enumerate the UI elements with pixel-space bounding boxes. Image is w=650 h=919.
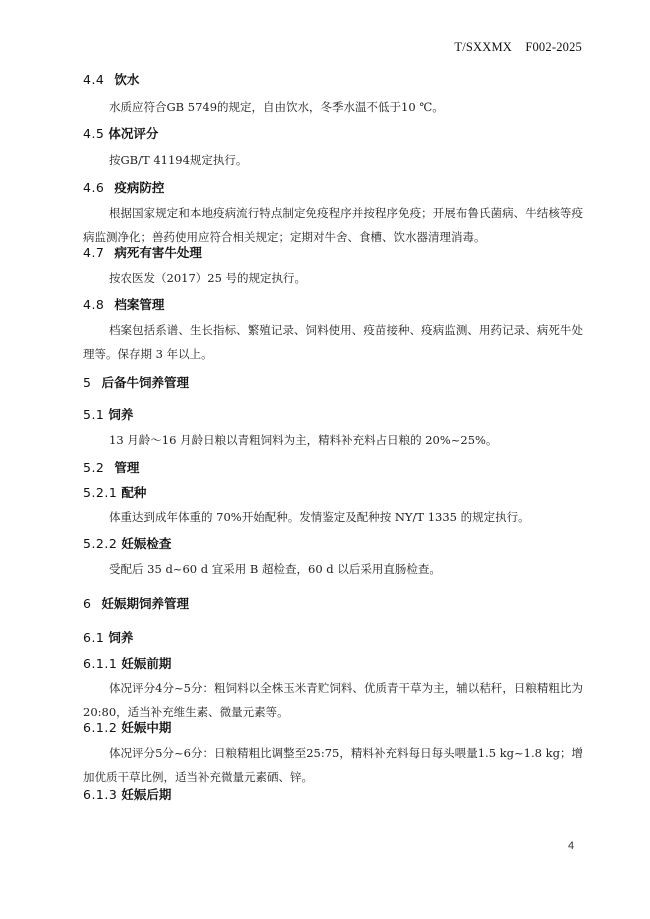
- section-6-1-1: 6.1.1妊娠前期: [83, 654, 583, 672]
- section-body: 体重达到成年体重的 70%开始配种。发情鉴定及配种按 NY/T 1335 的规定…: [83, 505, 583, 529]
- chapter-heading: 5后备牛饲养管理: [83, 373, 583, 391]
- section-body: 档案包括系谱、生长指标、繁殖记录、饲料使用、疫苗接种、疫病监测、用药记录、病死牛…: [83, 318, 583, 366]
- section-5-2-2: 5.2.2妊娠检查: [83, 534, 583, 552]
- section-heading: 6.1.2妊娠中期: [83, 718, 583, 736]
- section-heading: 6.1.1妊娠前期: [83, 654, 583, 672]
- section-heading: 4.7病死有害牛处理: [83, 243, 583, 261]
- section-5-2-1: 5.2.1配种: [83, 483, 583, 501]
- section-body: 按农医发（2017）25 号的规定执行。: [83, 266, 583, 290]
- section-4-6: 4.6疫病防控: [83, 178, 583, 196]
- section-6-1: 6.1饲养: [83, 628, 583, 646]
- page-number: 4: [568, 840, 574, 852]
- section-heading: 6.1饲养: [83, 628, 583, 646]
- section-body: 13 月龄～16 月龄日粮以青粗饲料为主，精料补充料占日粮的 20%~25%。: [83, 428, 583, 452]
- chapter-heading: 6妊娠期饲养管理: [83, 594, 583, 612]
- standard-code: T/SXXMX F002-2025: [454, 40, 582, 55]
- section-heading: 4.4饮水: [83, 70, 583, 88]
- section-heading: 5.1饲养: [83, 405, 583, 423]
- section-4-7: 4.7病死有害牛处理: [83, 243, 583, 261]
- section-body: 水质应符合GB 5749的规定，自由饮水，冬季水温不低于10 ℃。: [83, 95, 583, 119]
- section-6-1-3: 6.1.3妊娠后期: [83, 785, 583, 803]
- section-body: 受配后 35 d~60 d 宜采用 B 超检查，60 d 以后采用直肠检查。: [83, 557, 583, 581]
- section-heading: 5.2.1配种: [83, 483, 583, 501]
- section-5: 5后备牛饲养管理: [83, 373, 583, 391]
- section-6: 6妊娠期饲养管理: [83, 594, 583, 612]
- section-6-1-2: 6.1.2妊娠中期: [83, 718, 583, 736]
- section-body: 根据国家规定和本地疫病流行特点制定免疫程序并按程序免疫；开展布鲁氏菌病、牛结核等…: [83, 201, 583, 249]
- section-heading: 5.2.2妊娠检查: [83, 534, 583, 552]
- section-5-1: 5.1饲养: [83, 405, 583, 423]
- section-heading: 4.6疫病防控: [83, 178, 583, 196]
- section-heading: 4.5体况评分: [83, 124, 583, 142]
- section-5-2: 5.2管理: [83, 458, 583, 476]
- section-body: 体况评分4分~5分：粗饲料以全株玉米青贮饲料、优质青干草为主，辅以秸秆，日粮精粗…: [83, 676, 583, 724]
- section-4-5: 4.5体况评分: [83, 124, 583, 142]
- document-page: T/SXXMX F002-2025 4.4饮水 水质应符合GB 5749的规定，…: [0, 0, 650, 919]
- section-heading: 4.8档案管理: [83, 295, 583, 313]
- section-4-8: 4.8档案管理: [83, 295, 583, 313]
- section-heading: 5.2管理: [83, 458, 583, 476]
- section-body: 体况评分5分~6分：日粮精粗比调整至25:75，精料补充料每日每头喂量1.5 k…: [83, 741, 583, 789]
- section-heading: 6.1.3妊娠后期: [83, 785, 583, 803]
- section-4-4: 4.4饮水: [83, 70, 583, 88]
- section-body: 按GB/T 41194规定执行。: [83, 148, 583, 172]
